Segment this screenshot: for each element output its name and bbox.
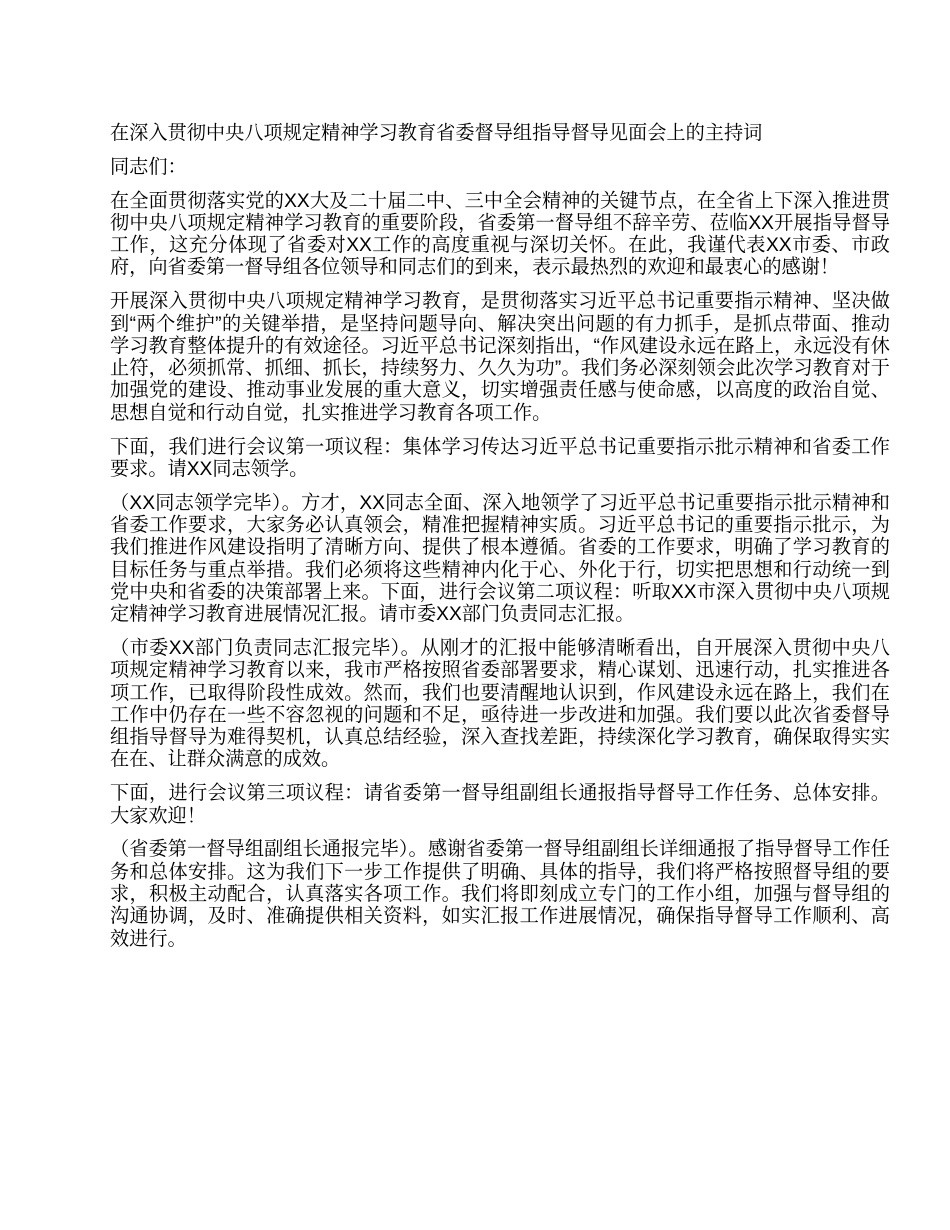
salutation-line: 同志们： [110,157,890,179]
document-page: 在深入贯彻中央八项规定精神学习教育省委督导组指导督导见面会上的主持词 同志们： … [0,0,950,1230]
paragraph-closing-response: （省委第一督导组副组长通报完毕）。感谢省委第一督导组副组长详细通报了指导督导工作… [110,839,890,950]
paragraph-agenda-item-1: 下面，我们进行会议第一项议程：集体学习传达习近平总书记重要指示批示精神和省委工作… [110,437,890,482]
document-title: 在深入贯彻中央八项规定精神学习教育省委督导组指导督导见面会上的主持词 [110,123,890,145]
paragraph-welcome: 在全面贯彻落实党的XX大及二十届二中、三中全会精神的关键节点，在全省上下深入推进… [110,191,890,280]
paragraph-agenda-item-3: 下面，进行会议第三项议程：请省委第一督导组副组长通报指导督导工作任务、总体安排。… [110,783,890,828]
paragraph-report-summary: （市委XX部门负责同志汇报完毕）。从刚才的汇报中能够清晰看出，自开展深入贯彻中央… [110,638,890,772]
paragraph-significance: 开展深入贯彻中央八项规定精神学习教育，是贯彻落实习近平总书记重要指示精神、坚决做… [110,291,890,425]
document-body: 在深入贯彻中央八项规定精神学习教育省委督导组指导督导见面会上的主持词 同志们： … [110,123,890,951]
paragraph-agenda-item-2: （XX同志领学完毕）。方才，XX同志全面、深入地领学了习近平总书记重要指示批示精… [110,493,890,627]
